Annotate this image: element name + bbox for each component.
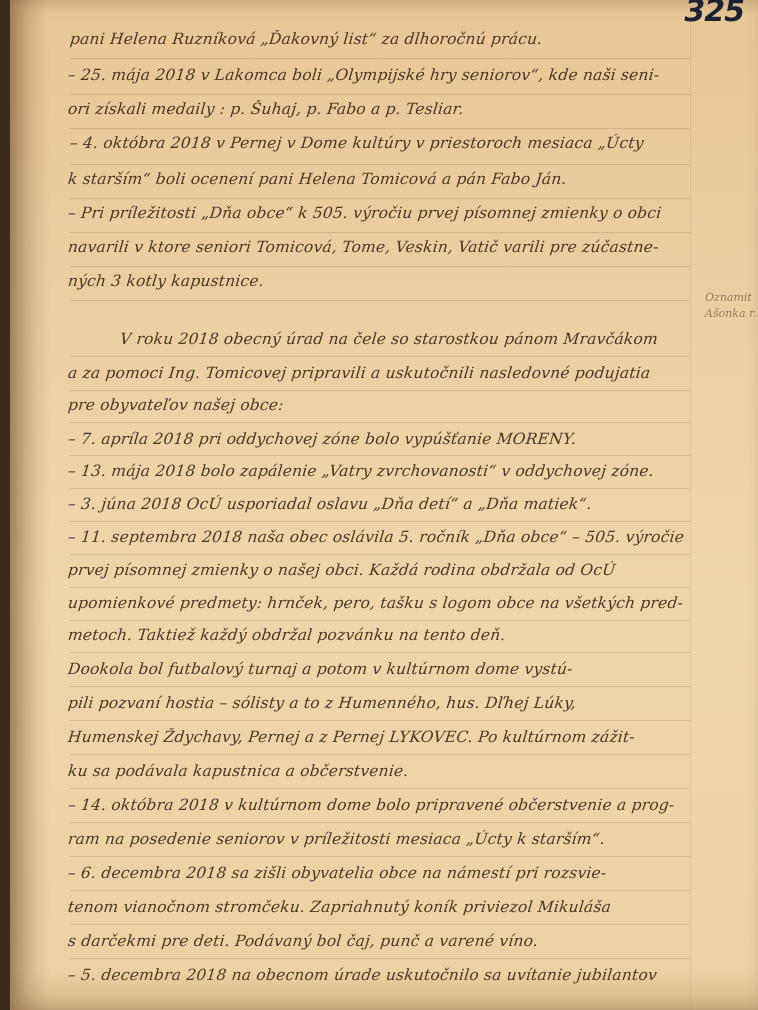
list-item-line: – 7. apríla 2018 pri oddychovej zóne bol…	[67, 430, 577, 448]
text-line: prvej písomnej zmienky o našej obci. Kaž…	[67, 561, 616, 579]
list-item-line: – 3. júna 2018 OcÚ usporiadal oslavu „Dň…	[67, 495, 593, 513]
margin-rule	[690, 0, 691, 1010]
ruled-line	[70, 788, 690, 789]
ruled-line	[70, 554, 690, 555]
ruled-line	[70, 720, 690, 721]
ruled-line	[70, 587, 690, 588]
ruled-line	[70, 94, 690, 95]
ruled-line	[70, 890, 690, 891]
text-line: upomienkové predmety: hrnček, pero, tašk…	[67, 594, 684, 612]
ruled-line	[70, 356, 690, 357]
text-line: – 25. mája 2018 v Lakomca boli „Olympijs…	[67, 66, 660, 84]
ruled-line	[70, 521, 690, 522]
paragraph-start-line: V roku 2018 obecný úrad na čele so staro…	[119, 330, 659, 348]
text-line: Humenskej Ždychavy, Pernej a z Pernej LY…	[67, 728, 636, 746]
text-line: – 4. októbra 2018 v Pernej v Dome kultúr…	[69, 134, 645, 152]
text-line: pre obyvateľov našej obce:	[67, 396, 285, 414]
ruled-line	[70, 620, 690, 621]
text-line: s darčekmi pre deti. Podávaný bol čaj, p…	[67, 932, 539, 950]
text-line: ram na posedenie seniorov v príležitosti…	[67, 830, 606, 848]
ruled-line	[70, 232, 690, 233]
ruled-line	[70, 686, 690, 687]
text-line: ku sa podávala kapustnica a občerstvenie…	[67, 762, 409, 780]
chronicle-page: 325 Oznamit Ašonka r. pani Helena Ruzník…	[10, 0, 758, 1010]
ruled-line	[70, 652, 690, 653]
ruled-line	[70, 488, 690, 489]
ruled-line	[70, 924, 690, 925]
ruled-line	[70, 754, 690, 755]
text-line: tenom vianočnom stromčeku. Zapriahnutý k…	[67, 898, 612, 916]
ruled-line	[70, 300, 690, 301]
margin-note: Oznamit Ašonka r.	[705, 290, 757, 322]
text-line: Dookola bol futbalový turnaj a potom v k…	[67, 660, 574, 678]
text-line: – Pri príležitosti „Dňa obce“ k 505. výr…	[67, 204, 662, 222]
ruled-line	[70, 822, 690, 823]
ruled-line	[70, 958, 690, 959]
text-line: pili pozvaní hostia – sólisty a to z Hum…	[67, 694, 577, 712]
text-line: metoch. Taktiež každý obdržal pozvánku n…	[67, 626, 506, 644]
ruled-line	[70, 58, 690, 59]
text-line: ori získali medaily : p. Šuhaj, p. Fabo …	[67, 100, 465, 118]
text-line: k starším“ boli ocenení pani Helena Tomi…	[67, 170, 568, 188]
margin-note-line: Oznamit	[705, 290, 757, 306]
ruled-line	[70, 390, 690, 391]
ruled-line	[70, 128, 690, 129]
list-item-line: – 13. mája 2018 bolo zapálenie „Vatry zv…	[67, 462, 655, 480]
text-line: a za pomoci Ing. Tomicovej pripravili a …	[67, 364, 651, 382]
list-item-line: – 6. decembra 2018 sa zišli obyvatelia o…	[67, 864, 607, 882]
list-item-line: – 14. októbra 2018 v kultúrnom dome bolo…	[67, 796, 675, 814]
text-line: navarili v ktore seniori Tomicová, Tome,…	[67, 238, 660, 256]
ruled-line	[70, 856, 690, 857]
text-line: pani Helena Ruzníková „Ďakovný list“ za …	[69, 30, 543, 48]
list-item-line: – 5. decembra 2018 na obecnom úrade usku…	[67, 966, 658, 984]
ruled-line	[70, 198, 690, 199]
ruled-line	[70, 266, 690, 267]
ruled-line	[70, 164, 690, 165]
ruled-line	[70, 422, 690, 423]
ruled-line	[70, 455, 690, 456]
margin-note-line: Ašonka r.	[705, 306, 757, 322]
text-line: ných 3 kotly kapustnice.	[67, 272, 265, 290]
page-number: 325	[684, 0, 744, 29]
list-item-line: – 11. septembra 2018 naša obec oslávila …	[67, 528, 685, 546]
